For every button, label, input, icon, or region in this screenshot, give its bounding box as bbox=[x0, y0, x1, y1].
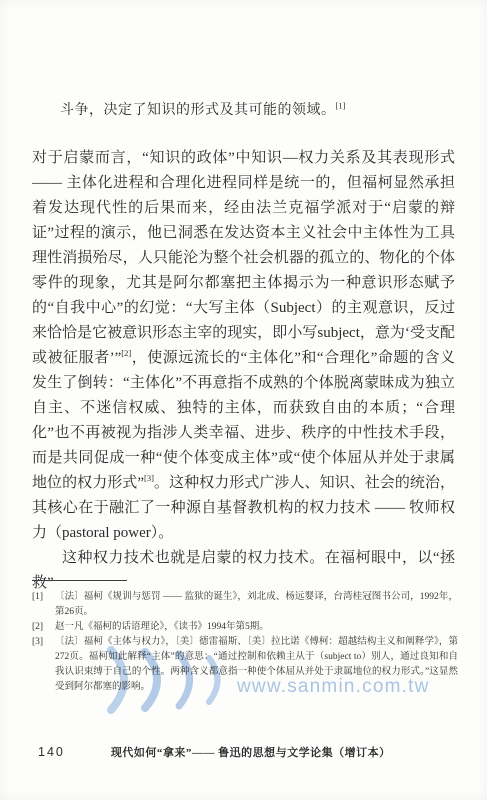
book-page: 斗争，决定了知识的形式及其可能的领域。[1] 对于启蒙而言，“知识的政体”中知识… bbox=[0, 0, 487, 800]
block-quote: 斗争，决定了知识的形式及其可能的领域。[1] bbox=[60, 98, 440, 123]
footnote-1-marker: [1] bbox=[32, 590, 48, 620]
footnote-3-text: 〔法〕福柯《主体与权力》，〔美〕德雷福斯、〔美〕拉比诺《傅柯：超越结构主义和阐释… bbox=[55, 635, 458, 695]
footnote-2: [2] 赵一凡《福柯的话语理论》，《读书》1994年第5期。 bbox=[32, 620, 458, 635]
footnote-2-text: 赵一凡《福柯的话语理论》，《读书》1994年第5期。 bbox=[55, 620, 458, 635]
footnote-ref-1: [1] bbox=[336, 100, 346, 110]
footnote-separator-rule bbox=[32, 580, 127, 581]
footnote-1-text: 〔法〕福柯《规训与惩罚 —— 监狱的诞生》，刘北成、杨远婴译，台湾桂冠图书公司，… bbox=[55, 590, 458, 620]
running-book-title: 现代如何“拿来”—— 鲁迅的思想与文学论集（增订本） bbox=[111, 744, 391, 760]
footnote-2-marker: [2] bbox=[32, 620, 48, 635]
paragraph-1: 对于启蒙而言，“知识的政体”中知识—权力关系及其表现形式 —— 主体化进程和合理… bbox=[32, 146, 455, 546]
footnote-3-marker: [3] bbox=[32, 635, 48, 695]
quote-text: 斗争，决定了知识的形式及其可能的领域。 bbox=[60, 103, 336, 118]
page-footer: 140 现代如何“拿来”—— 鲁迅的思想与文学论集（增订本） bbox=[38, 744, 391, 760]
page-number: 140 bbox=[38, 745, 65, 759]
paragraph-1-segment-1: 对于启蒙而言，“知识的政体”中知识—权力关系及其表现形式 —— 主体化进程和合理… bbox=[32, 150, 455, 366]
footnote-ref-2: [2] bbox=[121, 348, 131, 358]
paragraph-1-segment-2: ，使源远流长的“主体化”和“合理化”命题的含义发生了倒转：“主体化”不再意指不成… bbox=[32, 350, 455, 491]
main-text: 对于启蒙而言，“知识的政体”中知识—权力关系及其表现形式 —— 主体化进程和合理… bbox=[32, 146, 455, 596]
footnote-3: [3] 〔法〕福柯《主体与权力》，〔美〕德雷福斯、〔美〕拉比诺《傅柯：超越结构主… bbox=[32, 635, 458, 695]
footnote-ref-3: [3] bbox=[144, 473, 154, 483]
footnote-1: [1] 〔法〕福柯《规训与惩罚 —— 监狱的诞生》，刘北成、杨远婴译，台湾桂冠图… bbox=[32, 590, 458, 620]
footnotes-block: [1] 〔法〕福柯《规训与惩罚 —— 监狱的诞生》，刘北成、杨远婴译，台湾桂冠图… bbox=[32, 590, 458, 695]
paragraph-2: 这种权力技术也就是启蒙的权力技术。在福柯眼中，以“拯救” bbox=[32, 546, 455, 596]
